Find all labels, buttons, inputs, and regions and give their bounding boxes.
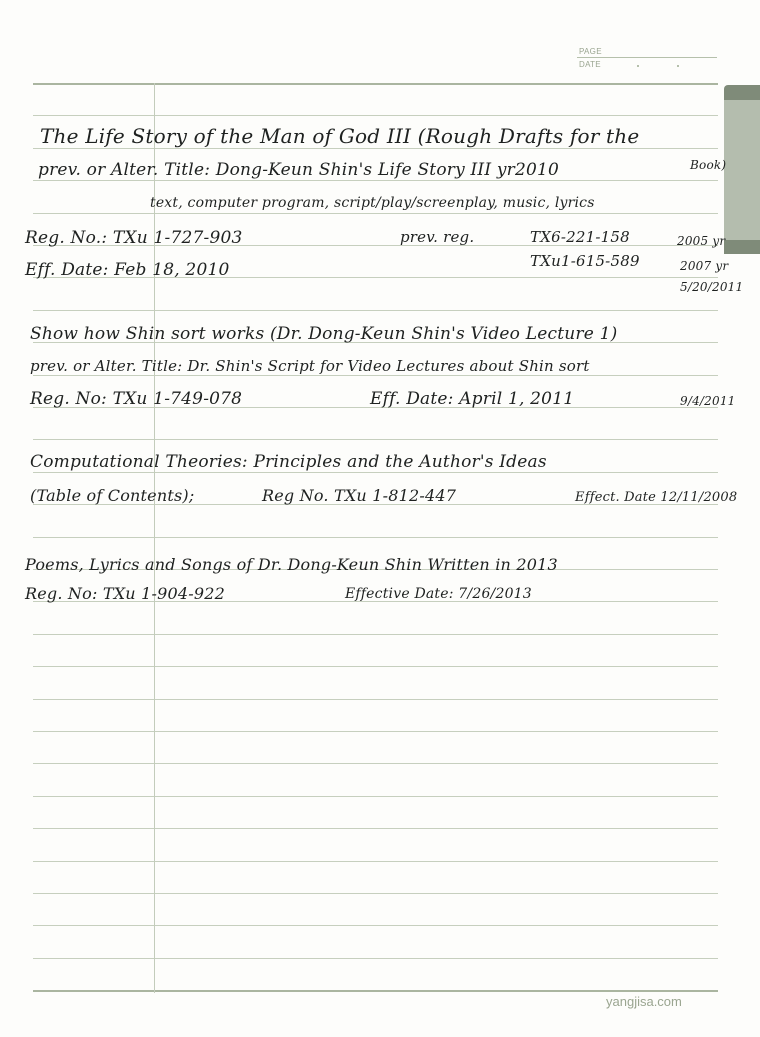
ruled-line bbox=[33, 796, 718, 797]
ruled-line bbox=[33, 828, 718, 829]
entry-1-prev-reg-1-year: 2005 yr bbox=[677, 234, 725, 248]
ruled-line bbox=[33, 861, 718, 862]
ruled-line bbox=[33, 148, 718, 149]
entry-1-title: The Life Story of the Man of God III (Ro… bbox=[40, 124, 639, 148]
entry-4-title: Poems, Lyrics and Songs of Dr. Dong-Keun… bbox=[25, 555, 558, 574]
margin-line bbox=[154, 83, 155, 993]
ruled-line bbox=[33, 990, 718, 992]
index-tab-top bbox=[724, 85, 760, 100]
entry-1-prev-reg-2: TXu1-615-589 bbox=[530, 252, 640, 270]
entry-1-alt-title: prev. or Alter. Title: Dong-Keun Shin's … bbox=[38, 160, 559, 180]
ruled-line bbox=[33, 666, 718, 667]
entry-1-reg-no: Reg. No.: TXu 1-727-903 bbox=[25, 228, 243, 248]
entry-2-reg-no: Reg. No: TXu 1-749-078 bbox=[30, 389, 242, 409]
brand-footer: yangjisa.com bbox=[606, 994, 682, 1009]
ruled-line bbox=[33, 925, 718, 926]
ruled-line bbox=[33, 699, 718, 700]
entry-3-subtitle: (Table of Contents); bbox=[30, 486, 194, 505]
ruled-line bbox=[33, 115, 718, 116]
ruled-line bbox=[33, 763, 718, 764]
notebook-page: PAGE DATE The Life Story of the Man of G… bbox=[0, 0, 760, 1037]
ruled-line bbox=[33, 893, 718, 894]
ruled-line bbox=[33, 472, 718, 473]
entry-1-prev-reg-1: TX6-221-158 bbox=[530, 228, 630, 246]
date-dot bbox=[677, 65, 679, 67]
entry-1-note-date: 5/20/2011 bbox=[680, 280, 743, 294]
ruled-line bbox=[33, 731, 718, 732]
date-dot bbox=[637, 65, 639, 67]
ruled-line bbox=[33, 375, 718, 376]
entry-2-title: Show how Shin sort works (Dr. Dong-Keun … bbox=[30, 324, 617, 344]
ruled-line bbox=[33, 958, 718, 959]
entry-2-note-date: 9/4/2011 bbox=[680, 394, 736, 408]
entry-4-eff-date: Effective Date: 7/26/2013 bbox=[345, 586, 532, 602]
entry-3-title: Computational Theories: Principles and t… bbox=[30, 452, 547, 472]
page-field-rule bbox=[577, 57, 717, 58]
entry-2-eff-date: Eff. Date: April 1, 2011 bbox=[370, 389, 574, 409]
entry-2-alt-title: prev. or Alter. Title: Dr. Shin's Script… bbox=[30, 357, 590, 375]
ruled-line bbox=[33, 310, 718, 311]
index-tab bbox=[724, 100, 760, 240]
date-label: DATE bbox=[579, 60, 601, 69]
entry-1-prev-reg-2-year: 2007 yr bbox=[680, 259, 728, 273]
ruled-line bbox=[33, 180, 718, 181]
entry-3-reg-no: Reg No. TXu 1-812-447 bbox=[262, 486, 456, 505]
entry-1-alt-title-suffix: Book) bbox=[690, 158, 726, 172]
ruled-line bbox=[33, 439, 718, 440]
index-tab-bottom bbox=[724, 240, 760, 254]
ruled-line bbox=[33, 213, 718, 214]
entry-1-eff-date: Eff. Date: Feb 18, 2010 bbox=[25, 260, 230, 280]
entry-3-eff-date: Effect. Date 12/11/2008 bbox=[575, 490, 737, 505]
entry-1-prev-reg-label: prev. reg. bbox=[400, 228, 474, 246]
entry-4-reg-no: Reg. No: TXu 1-904-922 bbox=[25, 584, 225, 603]
ruled-line bbox=[33, 537, 718, 538]
entry-1-types: text, computer program, script/play/scre… bbox=[150, 195, 595, 211]
ruled-line bbox=[33, 634, 718, 635]
page-label: PAGE bbox=[579, 47, 602, 56]
ruled-line bbox=[33, 83, 718, 85]
